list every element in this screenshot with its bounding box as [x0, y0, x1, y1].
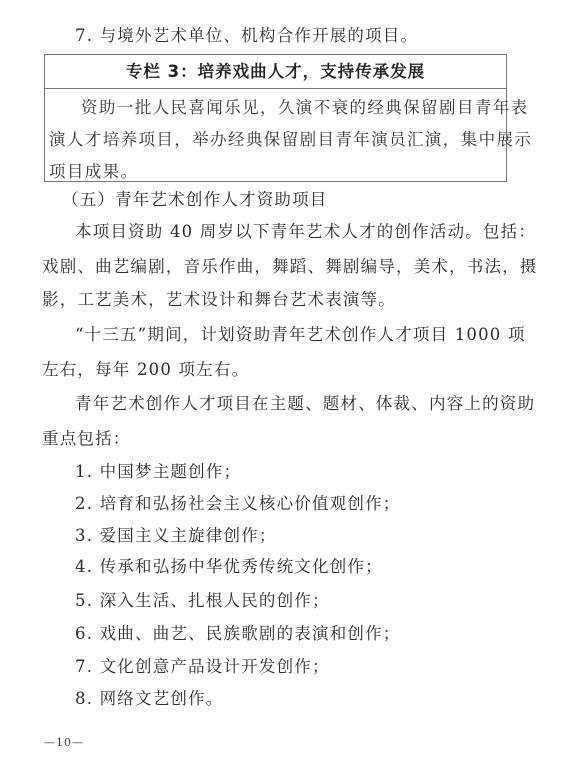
paragraph-line: “十三五”期间，计划资助青年艺术创作人才项目 1000 项	[75, 325, 526, 345]
list-item: 8. 网络文艺创作。	[75, 689, 224, 709]
paragraph-line: 本项目资助 40 周岁以下青年艺术人才的创作活动。包括：	[75, 222, 536, 242]
list-item: 1. 中国梦主题创作；	[75, 462, 241, 482]
section-heading: （五）青年艺术创作人才资助项目	[62, 190, 328, 210]
page-number: —10—	[44, 736, 84, 749]
list-item: 6. 戏曲、曲艺、民族歌剧的表演和创作；	[75, 624, 401, 644]
list-item: 3. 爱国主义主旋律创作；	[75, 526, 277, 546]
list-item: 2. 培育和弘扬社会主义核心价值观创作；	[75, 494, 401, 514]
list-item: 7. 文化创意产品设计开发创作；	[75, 657, 330, 677]
paragraph-line: 左右，每年 200 项左右。	[42, 360, 249, 380]
list-item: 5. 深入生活、扎根人民的创作；	[75, 591, 330, 611]
box-line: 资助一批人民喜闻乐见，久演不衰的经典保留剧目青年表	[81, 98, 529, 118]
paragraph-line: 重点包括：	[42, 429, 131, 449]
list-item: 4. 传承和弘扬中华优秀传统文化创作；	[75, 557, 383, 577]
column-box-title: 专栏 3：培养戏曲人才，支持传承发展	[45, 55, 506, 89]
box-line: 项目成果。	[49, 162, 139, 182]
paragraph-line: 戏剧、曲艺编剧，音乐作曲，舞蹈、舞剧编导，美术，书法，摄	[42, 257, 538, 277]
box-line: 演人才培养项目，举办经典保留剧目青年演员汇演，集中展示	[49, 130, 532, 150]
paragraph-line: 影，工艺美术，艺术设计和舞台艺术表演等。	[42, 290, 396, 310]
list-item-top: 7. 与境外艺术单位、机构合作开展的项目。	[75, 26, 418, 46]
paragraph-line: 青年艺术创作人才项目在主题、题材、体裁、内容上的资助	[75, 394, 535, 414]
column-box: 专栏 3：培养戏曲人才，支持传承发展 资助一批人民喜闻乐见，久演不衰的经典保留剧…	[44, 54, 507, 182]
